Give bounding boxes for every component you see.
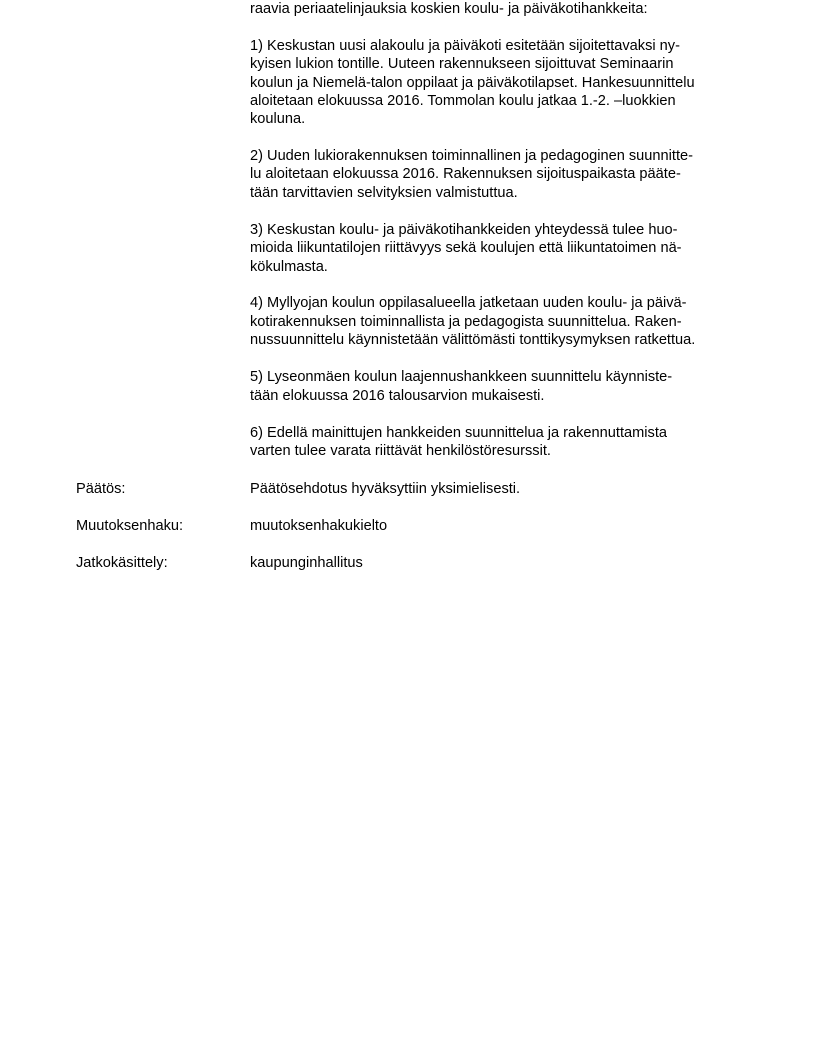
paragraph-line: varten tulee varata riittävät henkilöstö…: [250, 442, 551, 460]
paragraph-line: 5) Lyseonmäen koulun laajennushankkeen s…: [250, 368, 672, 386]
paragraph-line: tään tarvittavien selvityksien valmistut…: [250, 184, 518, 202]
field-value: Päätösehdotus hyväksyttiin yksimielisest…: [250, 480, 520, 498]
field-label: Päätös:: [76, 480, 126, 498]
paragraph-line: lu aloitetaan elokuussa 2016. Rakennukse…: [250, 165, 681, 183]
paragraph-line: 1) Keskustan uusi alakoulu ja päiväkoti …: [250, 37, 680, 55]
paragraph-line: 3) Keskustan koulu- ja päiväkotihankkeid…: [250, 221, 678, 239]
field-value: muutoksenhakukielto: [250, 517, 387, 535]
paragraph-line: 6) Edellä mainittujen hankkeiden suunnit…: [250, 424, 667, 442]
paragraph-line: tään elokuussa 2016 talousarvion mukaise…: [250, 387, 544, 405]
field-label: Muutoksenhaku:: [76, 517, 183, 535]
paragraph-line: nussuunnittelu käynnistetään välittömäst…: [250, 331, 695, 349]
paragraph-line: kyisen lukion tontille. Uuteen rakennuks…: [250, 55, 673, 73]
field-value: kaupunginhallitus: [250, 554, 363, 572]
paragraph-line: 4) Myllyojan koulun oppilasalueella jatk…: [250, 294, 686, 312]
paragraph-line: kökulmasta.: [250, 258, 328, 276]
paragraph-line: 2) Uuden lukiorakennuksen toiminnallinen…: [250, 147, 693, 165]
paragraph-line: kouluna.: [250, 110, 305, 128]
paragraph-line: kotirakennuksen toiminnallista ja pedago…: [250, 313, 682, 331]
paragraph-line: aloitetaan elokuussa 2016. Tommolan koul…: [250, 92, 676, 110]
paragraph-line: mioida liikuntatilojen riittävyys sekä k…: [250, 239, 682, 257]
field-label: Jatkokäsittely:: [76, 554, 168, 572]
intro-line: raavia periaatelinjauksia koskien koulu-…: [250, 0, 648, 18]
paragraph-line: koulun ja Niemelä-talon oppilaat ja päiv…: [250, 74, 695, 92]
